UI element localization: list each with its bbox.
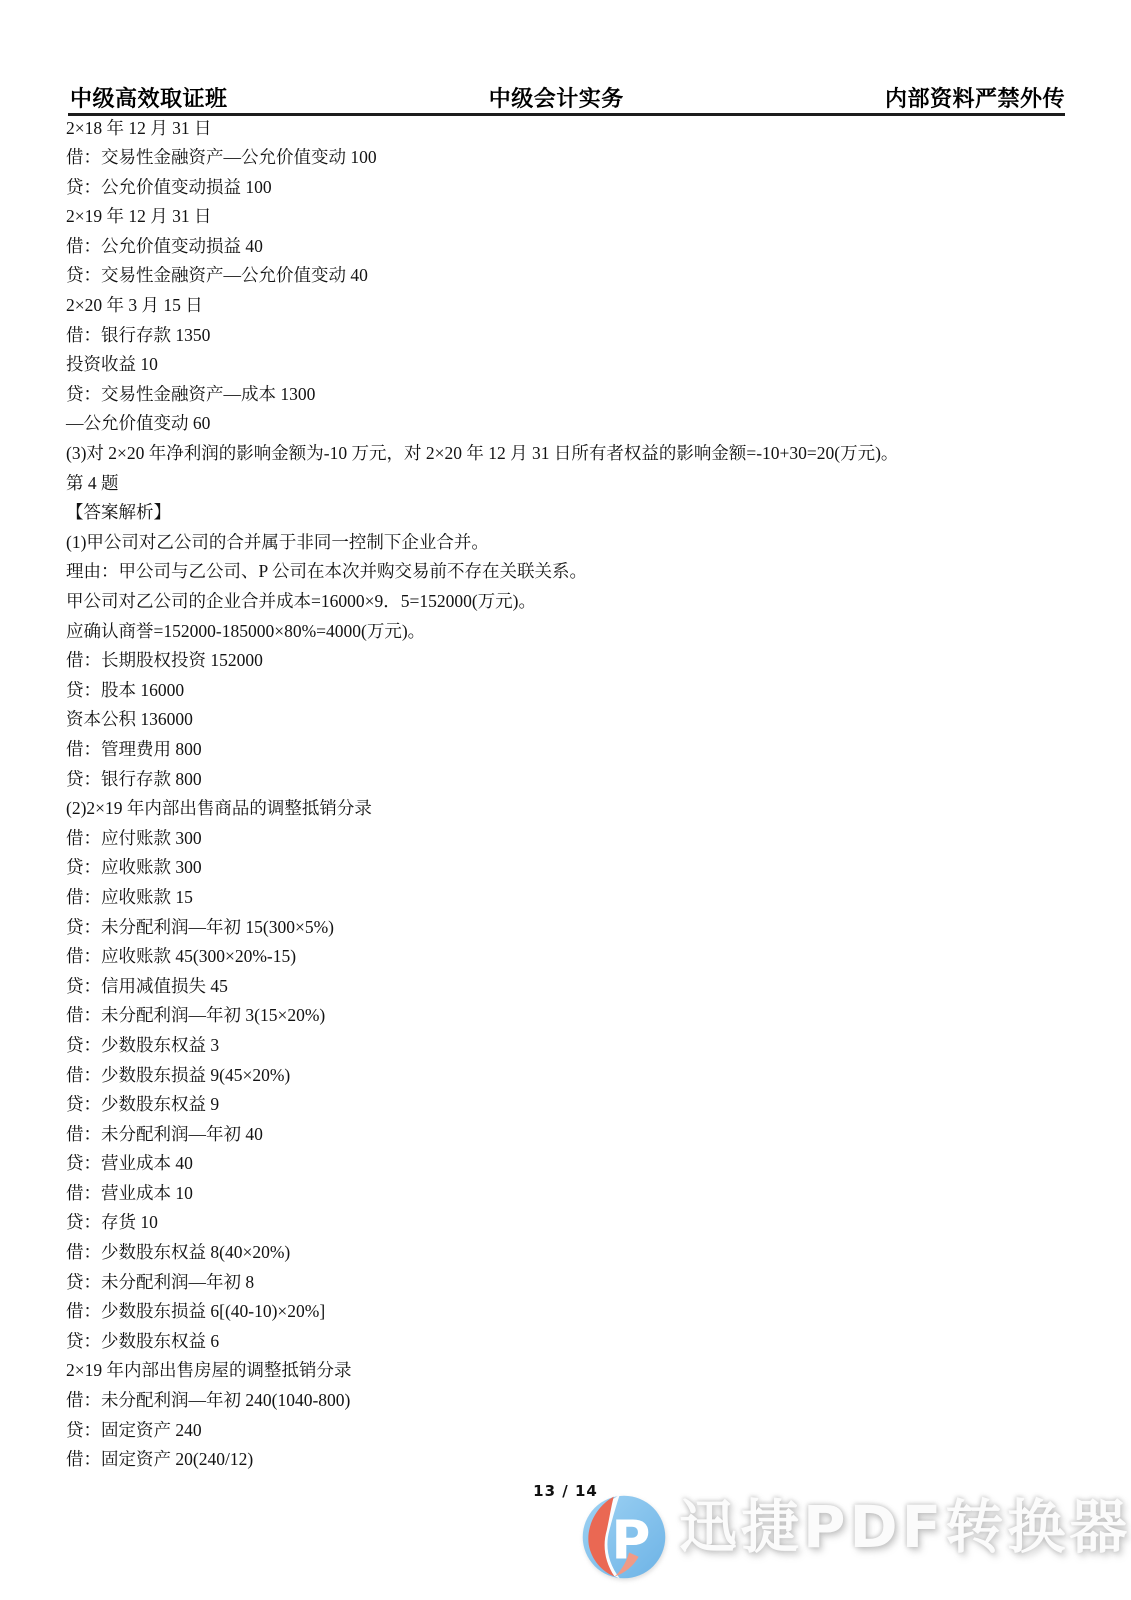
body-line: 借：管理费用 800	[66, 735, 1071, 765]
body-line: 贷：应收账款 300	[66, 853, 1071, 883]
body-line: 借：未分配利润—年初 3(15×20%)	[66, 1001, 1071, 1031]
body-line: 【答案解析】	[66, 498, 1071, 528]
pdf-converter-logo-icon: P	[581, 1494, 667, 1580]
header-course-name: 中级高效取证班	[70, 82, 228, 113]
body-line: 2×18 年 12 月 31 日	[66, 114, 1071, 144]
body-line: 理由：甲公司与乙公司、P 公司在本次并购交易前不存在关联关系。	[66, 557, 1071, 587]
body-line: 借：交易性金融资产—公允价值变动 100	[66, 143, 1071, 173]
page-header: 中级高效取证班 中级会计实务 内部资料严禁外传	[70, 82, 1065, 113]
watermark: P 迅捷PDF转换器	[581, 1494, 1131, 1580]
document-body: 2×18 年 12 月 31 日借：交易性金融资产—公允价值变动 100贷：公允…	[66, 114, 1071, 1475]
body-line: 借：未分配利润—年初 240(1040-800)	[66, 1386, 1071, 1416]
body-line: 贷：营业成本 40	[66, 1149, 1071, 1179]
body-line: (3)对 2×20 年净利润的影响金额为-10 万元，对 2×20 年 12 月…	[66, 439, 1071, 469]
body-line: 2×20 年 3 月 15 日	[66, 291, 1071, 321]
body-line: (1)甲公司对乙公司的合并属于非同一控制下企业合并。	[66, 528, 1071, 558]
body-line: 贷：未分配利润—年初 15(300×5%)	[66, 913, 1071, 943]
body-line: 贷：银行存款 800	[66, 765, 1071, 795]
body-line: 贷：存货 10	[66, 1208, 1071, 1238]
body-line: 贷：少数股东权益 6	[66, 1327, 1071, 1357]
body-line: 资本公积 136000	[66, 705, 1071, 735]
svg-text:P: P	[611, 1510, 650, 1572]
body-line: 借：应收账款 45(300×20%-15)	[66, 942, 1071, 972]
pdf-page: 中级高效取证班 中级会计实务 内部资料严禁外传 2×18 年 12 月 31 日…	[0, 0, 1131, 1600]
body-line: 贷：公允价值变动损益 100	[66, 173, 1071, 203]
header-confidential-note: 内部资料严禁外传	[885, 82, 1065, 113]
body-line: 贷：固定资产 240	[66, 1416, 1071, 1446]
body-line: 应确认商誉=152000-185000×80%=4000(万元)。	[66, 617, 1071, 647]
body-line: 2×19 年内部出售房屋的调整抵销分录	[66, 1356, 1071, 1386]
body-line: 借：长期股权投资 152000	[66, 646, 1071, 676]
body-line: 借：少数股东损益 9(45×20%)	[66, 1061, 1071, 1091]
body-line: 贷：未分配利润—年初 8	[66, 1268, 1071, 1298]
body-line: 贷：信用减值损失 45	[66, 972, 1071, 1002]
body-line: 第 4 题	[66, 469, 1071, 499]
body-line: 甲公司对乙公司的企业合并成本=16000×9．5=152000(万元)。	[66, 587, 1071, 617]
header-subject-title: 中级会计实务	[489, 82, 624, 113]
body-line: 借：固定资产 20(240/12)	[66, 1445, 1071, 1475]
body-line: 贷：少数股东权益 3	[66, 1031, 1071, 1061]
body-line: 贷：交易性金融资产—公允价值变动 40	[66, 261, 1071, 291]
body-line: 2×19 年 12 月 31 日	[66, 202, 1071, 232]
body-line: 借：银行存款 1350	[66, 321, 1071, 351]
body-line: —公允价值变动 60	[66, 409, 1071, 439]
body-line: 借：少数股东权益 8(40×20%)	[66, 1238, 1071, 1268]
body-line: 投资收益 10	[66, 350, 1071, 380]
body-line: (2)2×19 年内部出售商品的调整抵销分录	[66, 794, 1071, 824]
body-line: 借：公允价值变动损益 40	[66, 232, 1071, 262]
body-line: 贷：股本 16000	[66, 676, 1071, 706]
body-line: 借：应收账款 15	[66, 883, 1071, 913]
body-line: 借：应付账款 300	[66, 824, 1071, 854]
page-number: 13 / 14	[0, 1482, 1131, 1500]
body-line: 贷：少数股东权益 9	[66, 1090, 1071, 1120]
watermark-text: 迅捷PDF转换器	[679, 1496, 1131, 1558]
body-line: 借：营业成本 10	[66, 1179, 1071, 1209]
body-line: 借：少数股东损益 6[(40-10)×20%]	[66, 1297, 1071, 1327]
body-line: 借：未分配利润—年初 40	[66, 1120, 1071, 1150]
body-line: 贷：交易性金融资产—成本 1300	[66, 380, 1071, 410]
